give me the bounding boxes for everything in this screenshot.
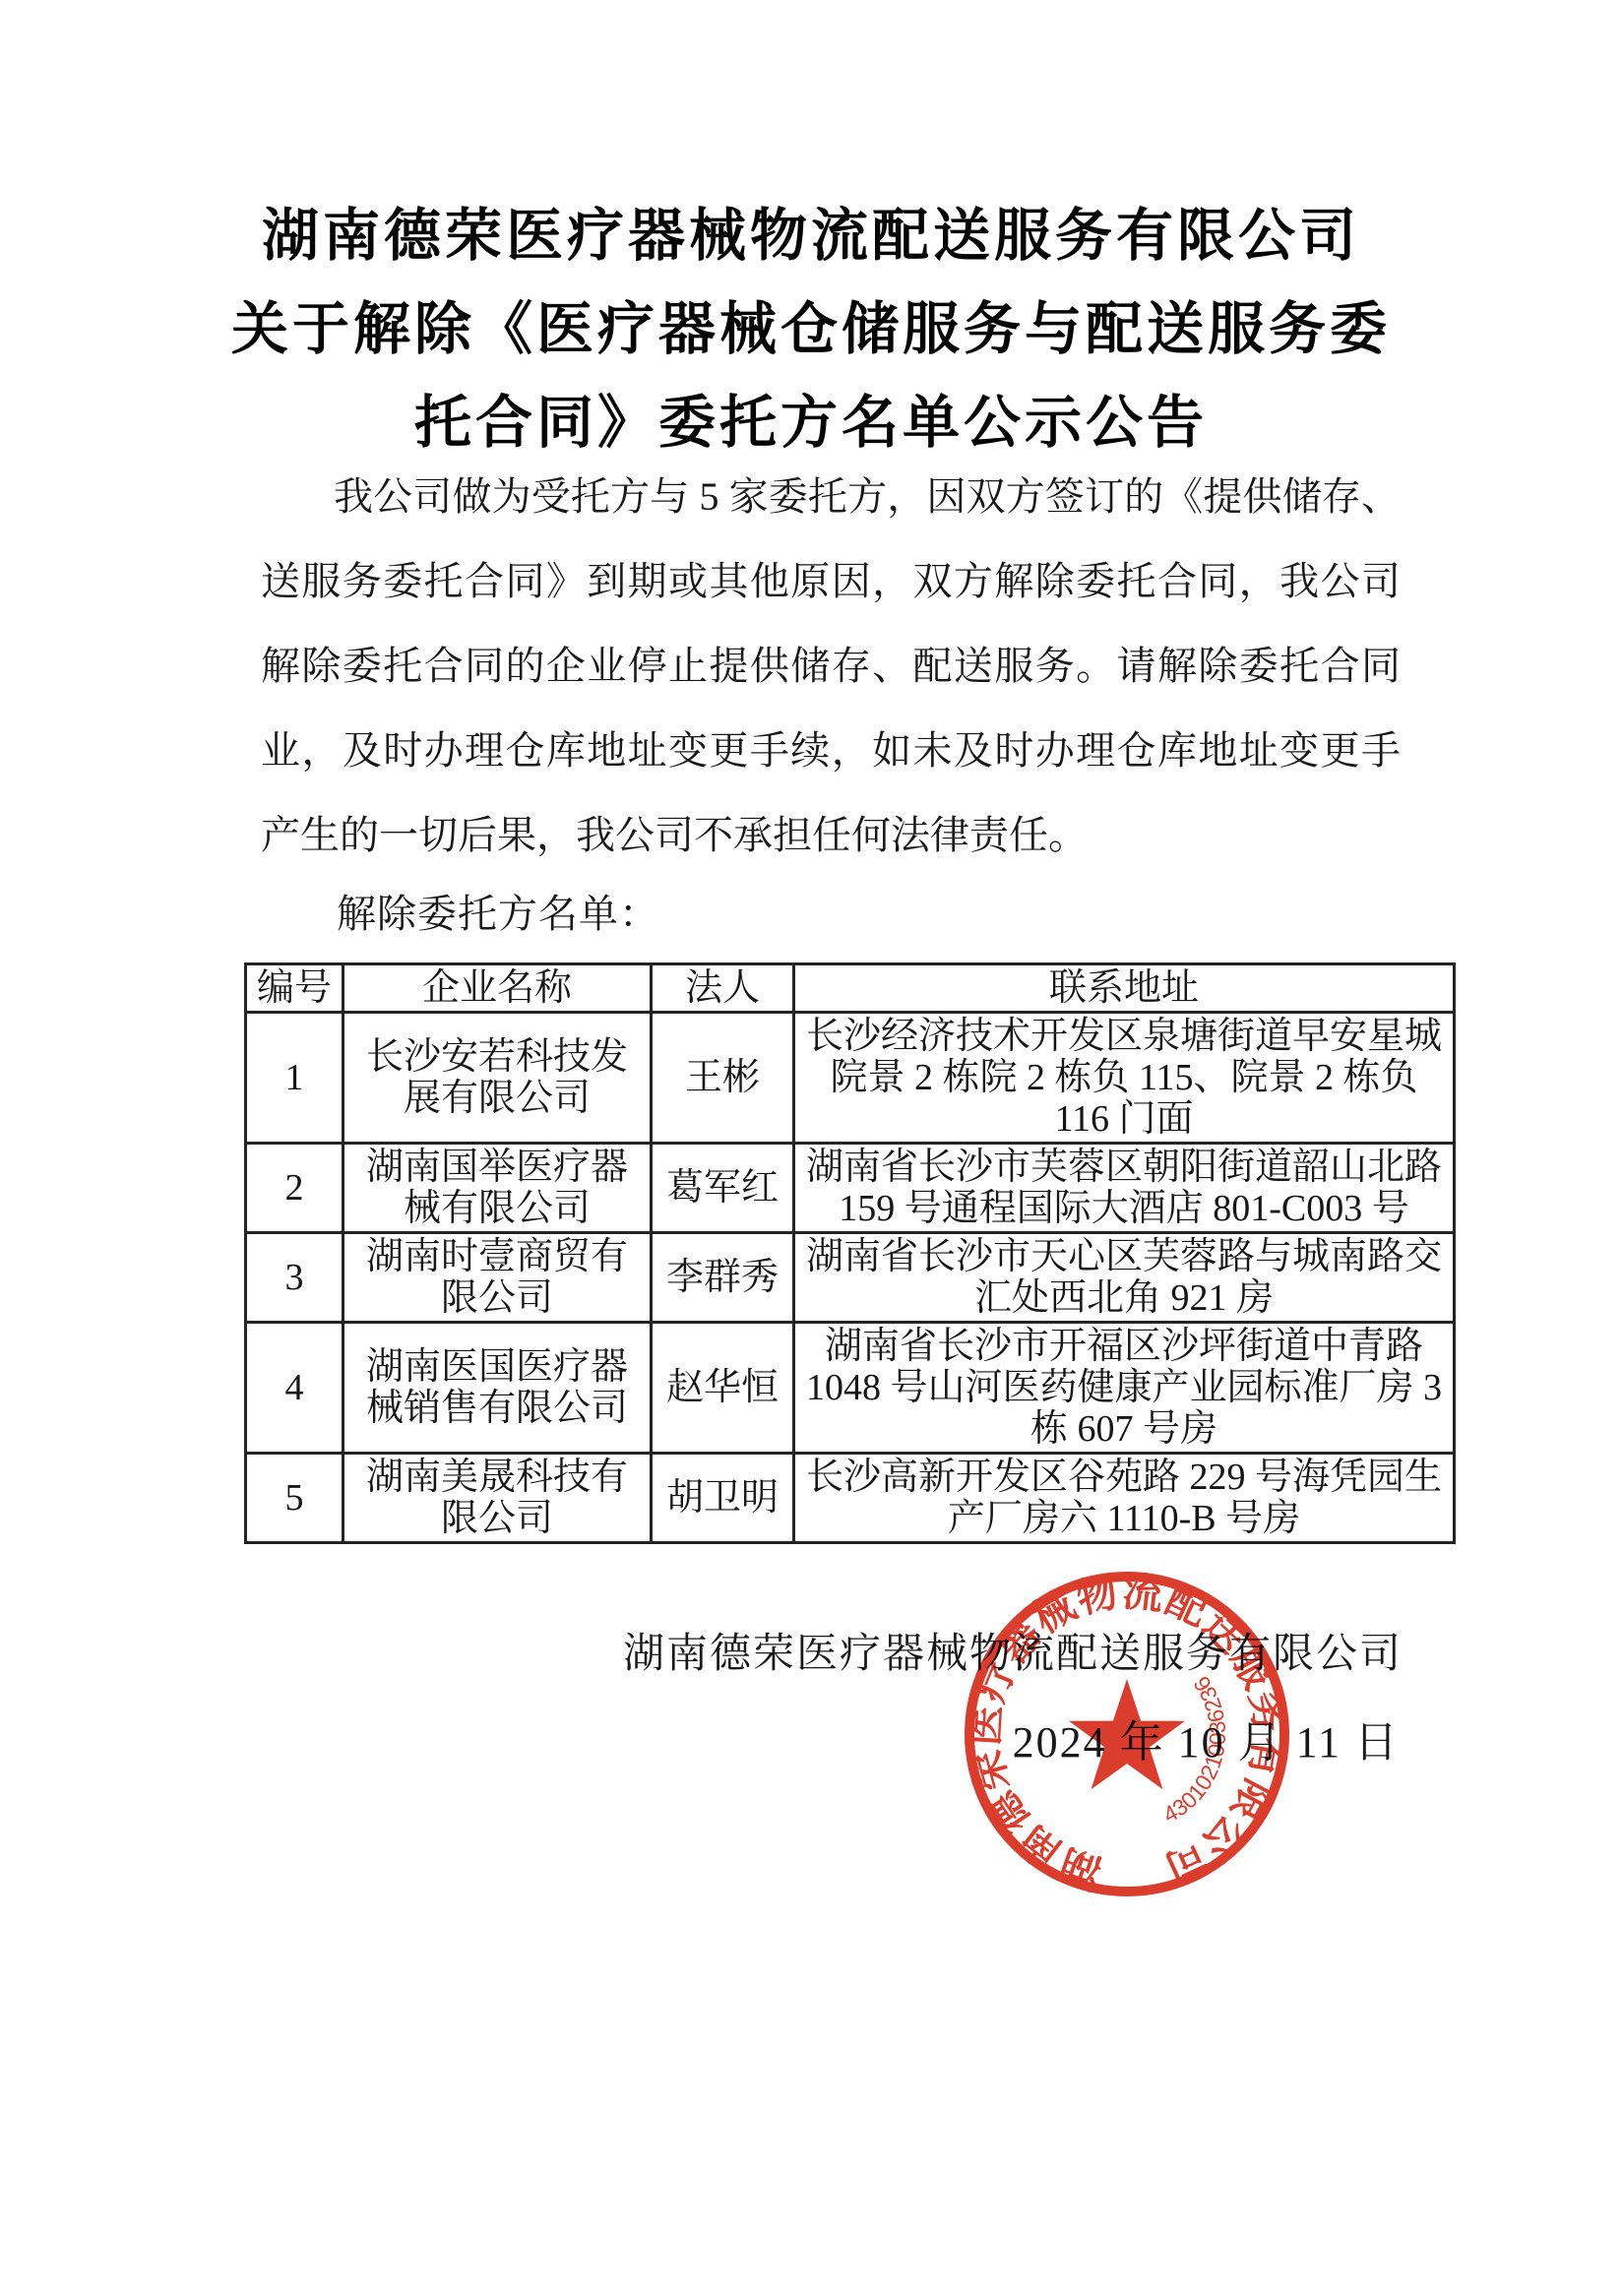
table-row: 2 湖南国举医疗器械有限公司 葛军红 湖南省长沙市芙蓉区朝阳街道韶山北路 159… <box>246 1144 1455 1233</box>
paragraph-line-2: 送服务委托合同》到期或其他原因，双方解除委托合同，我公司已对 <box>261 539 1401 624</box>
paragraph-line-5: 产生的一切后果，我公司不承担任何法律责任。 <box>261 793 1401 878</box>
cell-address: 湖南省长沙市开福区沙坪街道中青路 1048 号山河医药健康产业园标准厂房 3 栋… <box>794 1323 1455 1454</box>
cell-company: 湖南医国医疗器械销售有限公司 <box>343 1323 652 1454</box>
table-row: 4 湖南医国医疗器械销售有限公司 赵华恒 湖南省长沙市开福区沙坪街道中青路 10… <box>246 1323 1455 1454</box>
cell-company: 湖南国举医疗器械有限公司 <box>343 1144 652 1233</box>
cell-address: 长沙经济技术开发区泉塘街道早安星城院景 2 栋院 2 栋负 115、院景 2 栋… <box>794 1013 1455 1144</box>
list-label: 解除委托方名单： <box>337 892 659 937</box>
seal-star-icon <box>1069 1679 1185 1789</box>
cell-company: 湖南美晟科技有限公司 <box>343 1454 652 1543</box>
paragraph-line-3: 解除委托合同的企业停止提供储存、配送服务。请解除委托合同的企 <box>261 624 1401 709</box>
col-header-no: 编号 <box>246 964 343 1013</box>
doc-title: 湖南德荣医疗器械物流配送服务有限公司 关于解除《医疗器械仓储服务与配送服务委 托… <box>0 189 1622 469</box>
table-row: 1 长沙安若科技发展有限公司 王彬 长沙经济技术开发区泉塘街道早安星城院景 2 … <box>246 1013 1455 1144</box>
cell-address: 长沙高新开发区谷苑路 229 号海凭园生产厂房六 1110-B 号房 <box>794 1454 1455 1543</box>
cell-legal-person: 王彬 <box>652 1013 794 1144</box>
table-header-row: 编号 企业名称 法人 联系地址 <box>246 964 1455 1013</box>
cell-no: 4 <box>246 1323 343 1454</box>
company-seal: 湖南德荣医疗器械物流配送服务有限公司 43010210036236 <box>947 1554 1307 1914</box>
table-row: 5 湖南美晟科技有限公司 胡卫明 长沙高新开发区谷苑路 229 号海凭园生产厂房… <box>246 1454 1455 1543</box>
cell-company: 湖南时壹商贸有限公司 <box>343 1233 652 1323</box>
cell-legal-person: 李群秀 <box>652 1233 794 1323</box>
cell-address: 湖南省长沙市芙蓉区朝阳街道韶山北路 159 号通程国际大酒店 801-C003 … <box>794 1144 1455 1233</box>
cell-address: 湖南省长沙市天心区芙蓉路与城南路交汇处西北角 921 房 <box>794 1233 1455 1323</box>
paragraph-line-4: 业，及时办理仓库地址变更手续，如未及时办理仓库地址变更手续， <box>261 709 1401 793</box>
doc-title-line-1: 湖南德荣医疗器械物流配送服务有限公司 <box>0 189 1622 282</box>
cell-no: 3 <box>246 1233 343 1323</box>
seal-serial: 43010210036236 <box>1158 1672 1230 1829</box>
companies-table: 编号 企业名称 法人 联系地址 1 长沙安若科技发展有限公司 王彬 长沙经济技术… <box>244 962 1456 1544</box>
cell-legal-person: 赵华恒 <box>652 1323 794 1454</box>
cell-no: 5 <box>246 1454 343 1543</box>
cell-legal-person: 葛军红 <box>652 1144 794 1233</box>
col-header-company: 企业名称 <box>343 964 652 1013</box>
paragraph-line-1: 我公司做为受托方与 5 家委托方，因双方签订的《提供储存、配 <box>261 455 1401 539</box>
body-paragraph: 我公司做为受托方与 5 家委托方，因双方签订的《提供储存、配 送服务委托合同》到… <box>261 455 1401 878</box>
cell-no: 2 <box>246 1144 343 1233</box>
cell-company: 长沙安若科技发展有限公司 <box>343 1013 652 1144</box>
table-row: 3 湖南时壹商贸有限公司 李群秀 湖南省长沙市天心区芙蓉路与城南路交汇处西北角 … <box>246 1233 1455 1323</box>
doc-title-line-2: 关于解除《医疗器械仓储服务与配送服务委 <box>0 282 1622 376</box>
document-page: 湖南德荣医疗器械物流配送服务有限公司 关于解除《医疗器械仓储服务与配送服务委 托… <box>0 0 1622 2296</box>
cell-legal-person: 胡卫明 <box>652 1454 794 1543</box>
col-header-address: 联系地址 <box>794 964 1455 1013</box>
cell-no: 1 <box>246 1013 343 1144</box>
col-header-legal-person: 法人 <box>652 964 794 1013</box>
